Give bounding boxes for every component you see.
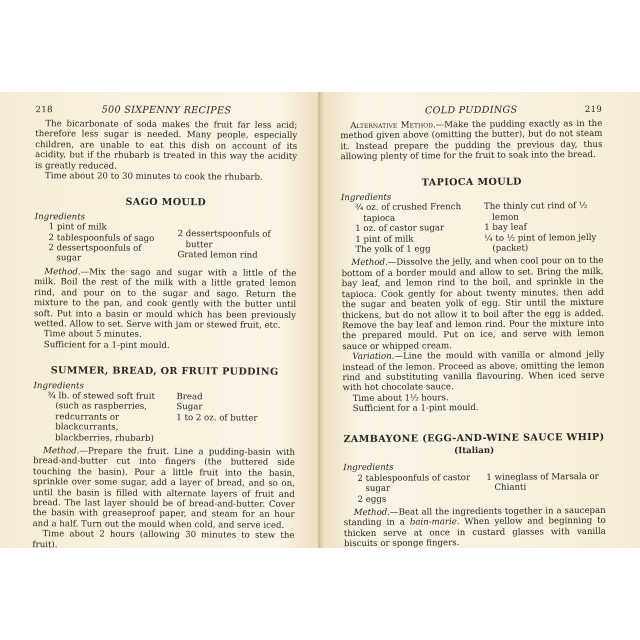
ingredient: ¾ oz. of crushed French tapioca [355,202,474,224]
ingredient: ¼ to ½ pint of lemon jelly (packet) [484,233,603,255]
running-head: COLD PUDDINGS 219 [340,105,602,121]
ingredient: 2 eggs [358,494,477,505]
recipe-title: SAGO MOULD [35,198,297,210]
method-italic-term: bain-marie [410,518,457,528]
running-head-title: 500 SIXPENNY RECIPES [102,105,232,117]
ingredient: ¾ lb. of stewed soft fruit (such as rasp… [47,391,166,444]
recipe-title: ZAMBAYONE (EGG-AND-WINE SAUCE WHIP) [343,432,605,445]
recipe-sago-mould: SAGO MOULD Ingredients 1 pint of milk 2 … [34,198,297,353]
ingredients-list: 2 tablespoonfuls of castor sugar 2 eggs … [357,472,605,505]
method-label: Method. [44,267,80,277]
ingredient: 1 to 2 oz. of butter [176,413,295,424]
right-page: COLD PUDDINGS 219 Alternative Method.—Ma… [340,92,606,548]
recipe-subtitle: (Italian) [343,445,605,458]
sufficient-note: Sufficient for a 1-pint mould. [343,402,605,415]
ingredients-list: ¾ oz. of crushed French tapioca 1 oz. of… [355,201,603,255]
page-number: 218 [35,105,52,116]
method-paragraph: Method.—Mix the sago and sugar with a li… [34,267,296,331]
ingredient: 2 dessertspoonfuls of butter [177,229,296,251]
ingredient: 1 wineglass of Marsala or Chianti [486,472,605,494]
method-paragraph: Method.—Prepare the fruit. Line a puddin… [33,446,296,531]
ingredient: Grated lemon rind [177,250,296,261]
recipe-summer-pudding: SUMMER, BREAD, OR FRUIT PUDDING Ingredie… [32,366,295,548]
page-number: 219 [585,105,602,116]
ingredient: 1 pint of milk [49,222,168,233]
sufficient-note: Sufficient for a 1-pint mould. [34,340,296,352]
method-text: —Mix the sago and sugar with a little of… [34,267,296,330]
recipe-zambayone: ZAMBAYONE (EGG-AND-WINE SAUCE WHIP) (Ita… [343,432,606,548]
intro-paragraph: The bicarbonate of soda makes the fruit … [35,119,297,173]
variation-paragraph: Variation.—Line the mould with vanilla o… [342,350,604,394]
ingredient: The thinly cut rind of ½ lemon [484,201,603,223]
method-text: —Prepare the fruit. Line a pudding-basin… [33,446,296,530]
ingredient: 2 tablespoonfuls of castor sugar [357,473,476,495]
recipe-tapioca-mould: TAPIOCA MOULD Ingredients ¾ oz. of crush… [341,176,605,414]
running-head: 218 500 SIXPENNY RECIPES [35,105,297,121]
ingredient: The yolk of 1 egg [355,244,474,255]
method-label: Method. [354,508,390,518]
method-paragraph: Method.—Beat all the ingredients togethe… [344,506,606,548]
ingredient: 2 dessertspoonfuls of sugar [48,243,167,265]
method-text: —Dissolve the jelly, and when cool pour … [342,256,605,352]
ingredients-list: ¾ lb. of stewed soft fruit (such as rasp… [47,391,295,445]
variation-label: Variation. [352,352,394,362]
method-label: Method. [351,258,387,268]
open-book: 218 500 SIXPENNY RECIPES The bicarbonate… [0,92,640,548]
recipe-title: SUMMER, BREAD, OR FRUIT PUDDING [34,366,296,378]
ingredient: Sugar [176,402,295,413]
intro-time: Time about 20 to 30 minutes to cook the … [35,171,297,183]
alternative-method-paragraph: Alternative Method.—Make the pudding exa… [340,119,602,163]
running-head-title: COLD PUDDINGS [425,105,517,117]
left-page: 218 500 SIXPENNY RECIPES The bicarbonate… [32,92,297,548]
ingredients-list: 1 pint of milk 2 tablespoonfuls of sago … [48,222,296,265]
book-gutter [318,92,320,548]
method-paragraph: Method.—Dissolve the jelly, and when coo… [341,256,604,352]
time-note: Time about 2 hours (allowing 30 minutes … [32,529,294,548]
recipe-title: TAPIOCA MOULD [341,176,603,189]
method-label: Method. [43,446,79,456]
